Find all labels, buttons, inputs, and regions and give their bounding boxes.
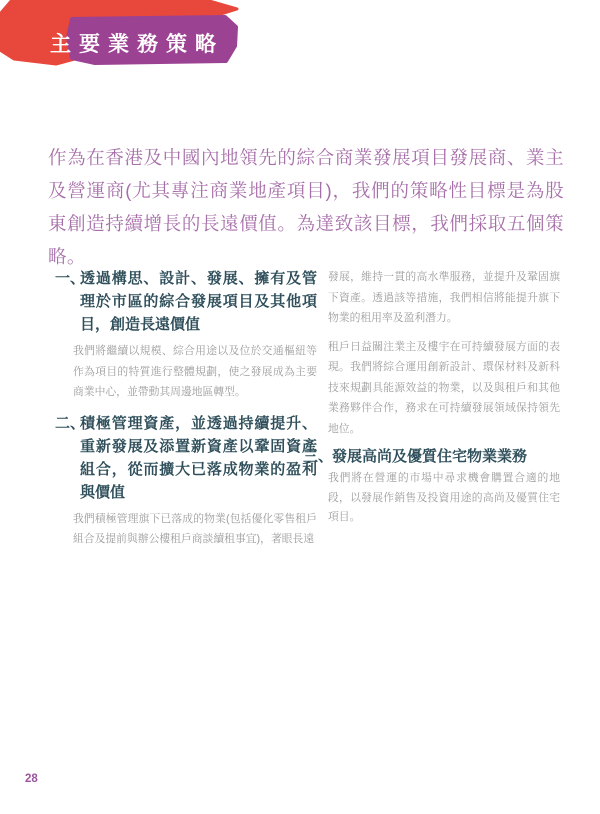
strategy-2-number: 二、 xyxy=(55,412,85,435)
page-title: 主要業務策略 xyxy=(50,28,224,58)
right-column: 發展，維持一貫的高水準服務，並提升及鞏固旗下資產。透過該等措施，我們相信將能提升… xyxy=(303,267,560,528)
strategy-2-heading: 二、積極管理資產，並透過持續提升、重新發展及添置新資產以鞏固資產組合，從而擴大已… xyxy=(55,412,317,504)
strategy-1-number: 一、 xyxy=(55,267,85,290)
strategy-3-heading: 三、發展高尚及優質住宅物業業務 xyxy=(303,445,560,468)
intro-paragraph: 作為在香港及中國內地領先的綜合商業發展項目發展商、業主及營運商(尤其專注商業地產… xyxy=(48,141,564,273)
strategy-1-body: 我們將繼續以規模、綜合用途以及位於交通樞紐等作為項目的特質進行整體規劃，使之發展… xyxy=(55,341,317,403)
left-column: 一、透過構思、設計、發展、擁有及管理於市區的綜合發展項目及其他項目，創造長遠價值… xyxy=(55,267,317,550)
strategy-1-heading-text: 透過構思、設計、發展、擁有及管理於市區的綜合發展項目及其他項目，創造長遠價值 xyxy=(80,270,317,333)
strategy-1-heading: 一、透過構思、設計、發展、擁有及管理於市區的綜合發展項目及其他項目，創造長遠價值 xyxy=(55,267,317,336)
report-page: 主要業務策略 作為在香港及中國內地領先的綜合商業發展項目發展商、業主及營運商(尤… xyxy=(0,0,600,814)
strategy-3-body: 我們將在營運的市場中尋求機會購置合適的地段，以發展作銷售及投資用途的高尚及優質住… xyxy=(303,469,560,528)
strategy-2-body: 我們積極管理旗下已落成的物業(包括優化零售租戶組合及提前與辦公樓租戶商談續租事宜… xyxy=(55,509,317,550)
strategy-2-continuation-paragraph-1: 發展，維持一貫的高水準服務，並提升及鞏固旗下資產。透過該等措施，我們相信將能提升… xyxy=(303,267,560,329)
strategy-2-continuation-paragraph-2: 租戶日益關注業主及樓宇在可持續發展方面的表現。我們將綜合運用創新設計、環保材料及… xyxy=(303,337,560,440)
strategy-3-heading-text: 發展高尚及優質住宅物業業務 xyxy=(332,448,527,465)
strategy-2-heading-text: 積極管理資產，並透過持續提升、重新發展及添置新資產以鞏固資產組合，從而擴大已落成… xyxy=(80,415,317,501)
page-number: 28 xyxy=(25,773,38,785)
strategy-3-number: 三、 xyxy=(303,445,333,468)
